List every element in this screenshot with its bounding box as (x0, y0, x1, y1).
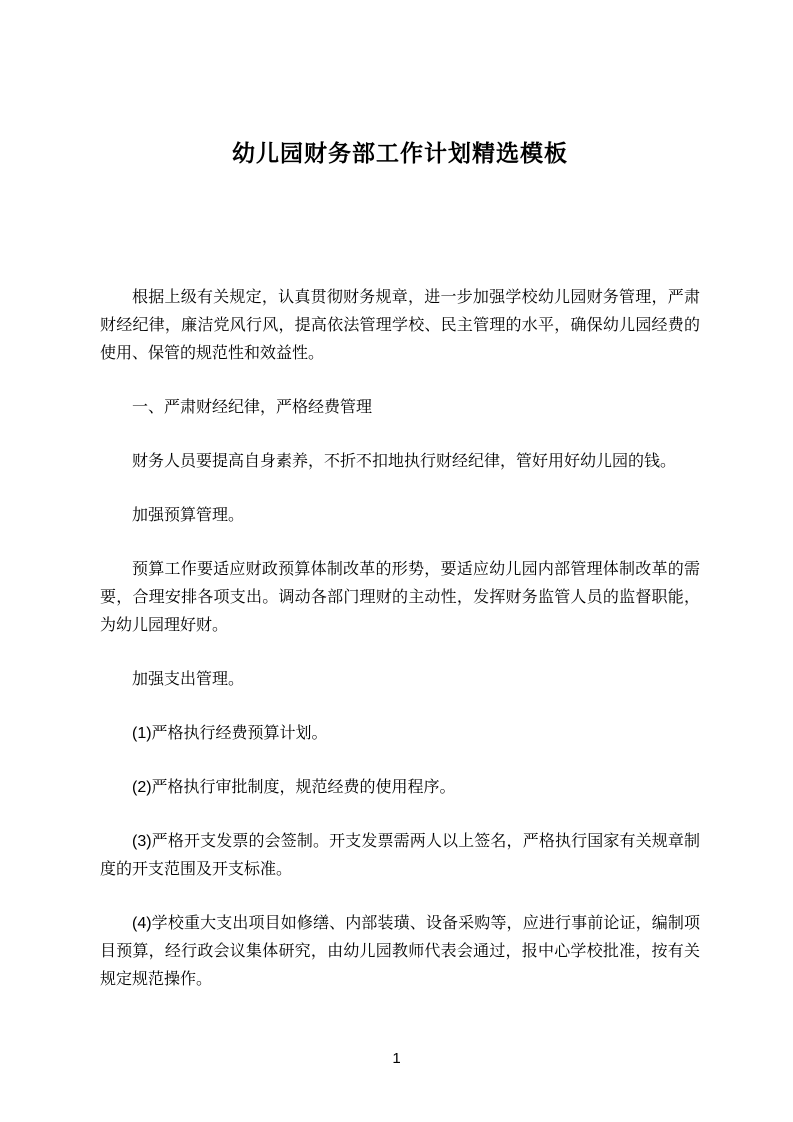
page-number: 1 (0, 1048, 793, 1070)
paragraph-staff: 财务人员要提高自身素养，不折不扣地执行财经纪律，管好用好幼儿园的钱。 (100, 448, 700, 476)
paragraph-expense-head: 加强支出管理。 (100, 666, 700, 694)
paragraph-item-4: (4)学校重大支出项目如修缮、内部装璜、设备采购等，应进行事前论证，编制项目预算… (100, 910, 700, 994)
paragraph-item-1: (1)严格执行经费预算计划。 (100, 720, 700, 748)
paragraph-section-1: 一、严肃财经纪律，严格经费管理 (100, 394, 700, 422)
paragraph-intro: 根据上级有关规定，认真贯彻财务规章，进一步加强学校幼儿园财务管理，严肃财经纪律，… (100, 284, 700, 368)
paragraph-budget-body: 预算工作要适应财政预算体制改革的形势，要适应幼儿园内部管理体制改革的需要，合理安… (100, 556, 700, 640)
paragraph-item-2: (2)严格执行审批制度，规范经费的使用程序。 (100, 774, 700, 802)
document-title: 幼儿园财务部工作计划精选模板 (100, 0, 700, 168)
document-page: 幼儿园财务部工作计划精选模板 根据上级有关规定，认真贯彻财务规章，进一步加强学校… (0, 0, 793, 1122)
document-body: 根据上级有关规定，认真贯彻财务规章，进一步加强学校幼儿园财务管理，严肃财经纪律，… (100, 284, 700, 994)
paragraph-item-3: (3)严格开支发票的会签制。开支发票需两人以上签名，严格执行国家有关规章制度的开… (100, 828, 700, 884)
paragraph-budget-head: 加强预算管理。 (100, 502, 700, 530)
